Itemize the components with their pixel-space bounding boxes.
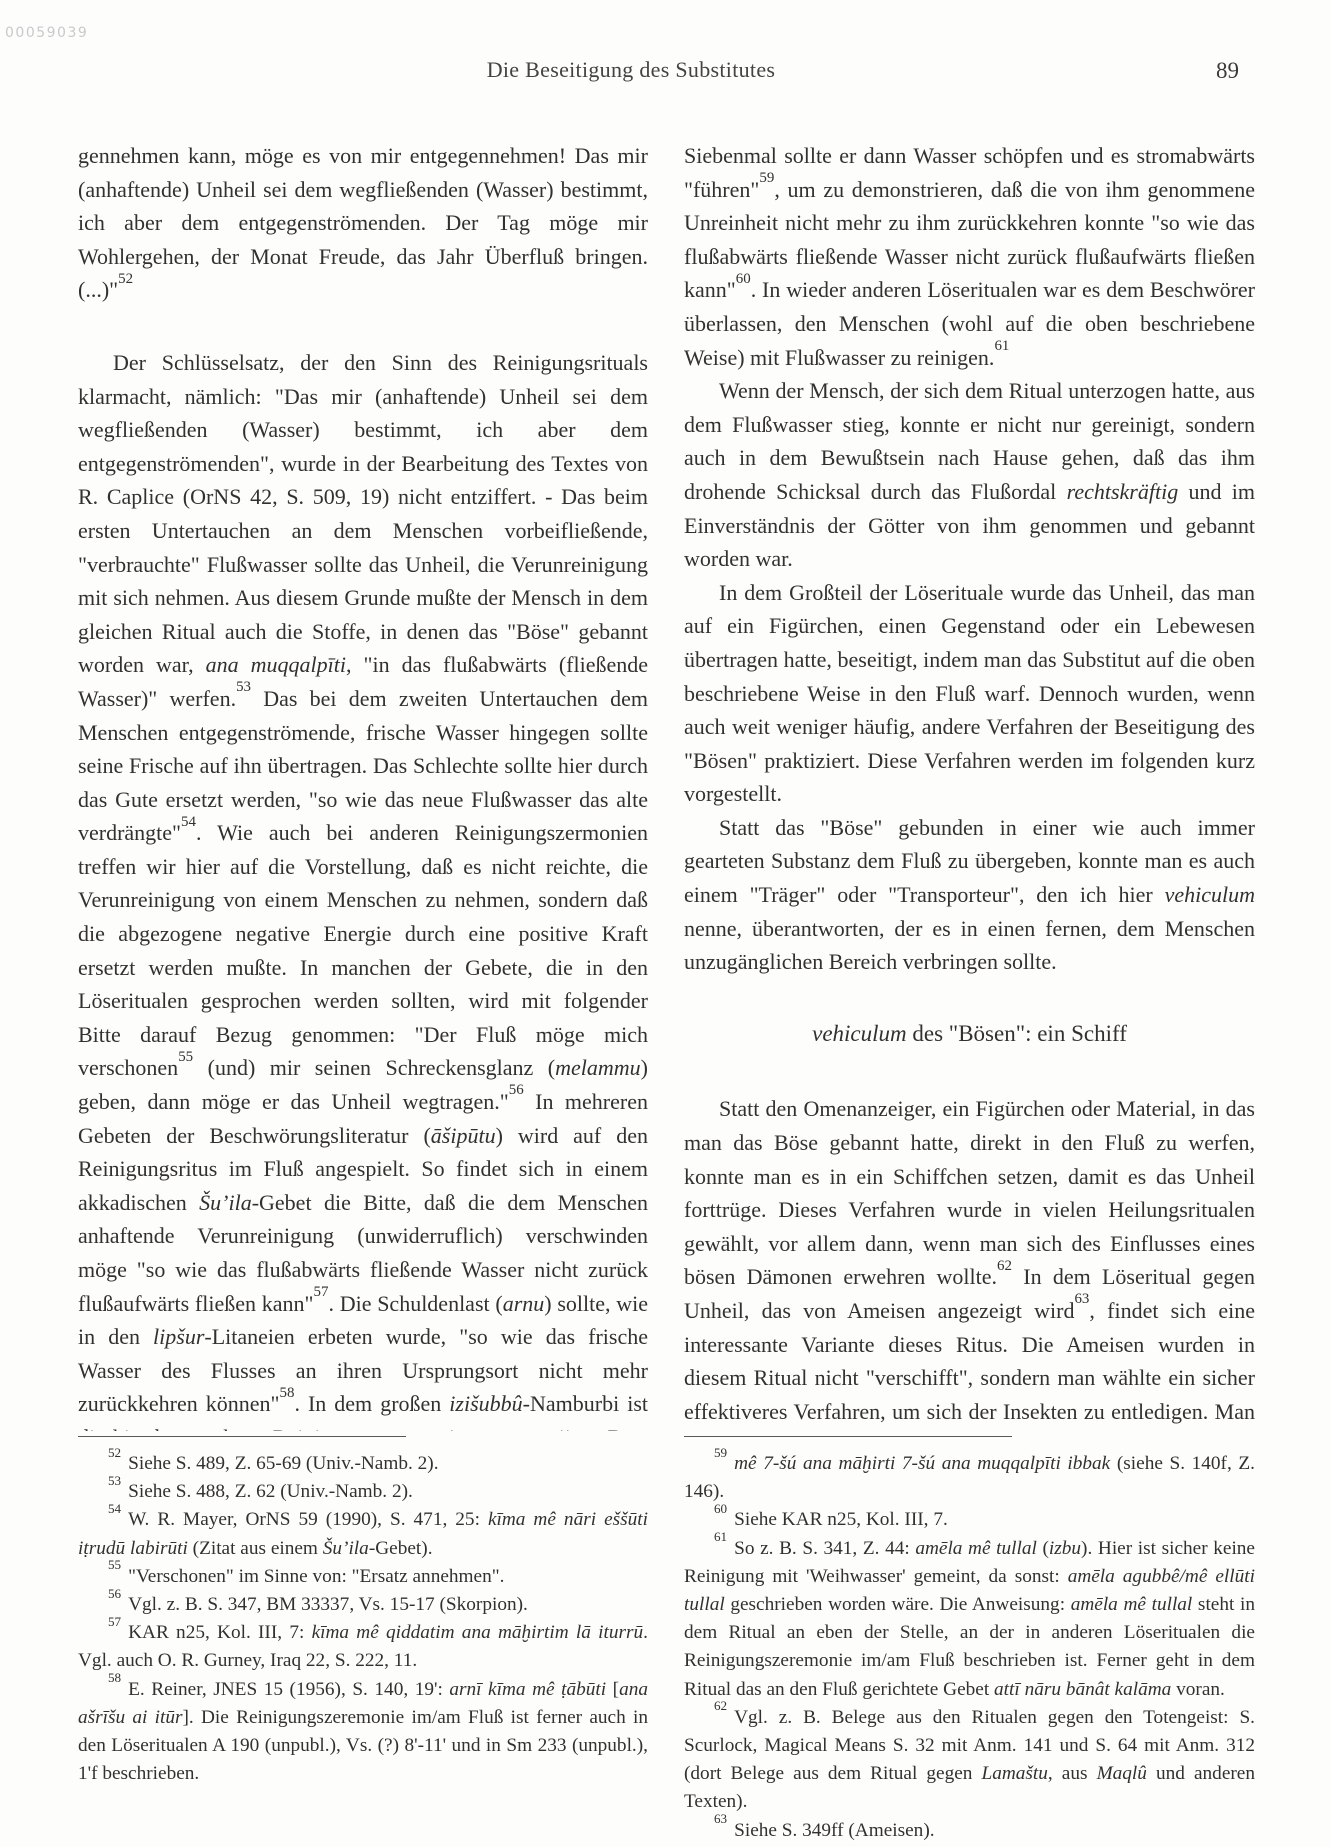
text-run: des "Bösen": ein Schiff xyxy=(907,1021,1127,1046)
footnote-53: 53Siehe S. 488, Z. 62 (Univ.-Namb. 2). xyxy=(78,1478,648,1506)
footnote-ref: 60 xyxy=(736,271,751,287)
italic-term: attī nāru bānât kalāma xyxy=(994,1679,1171,1700)
footnote-separator xyxy=(78,1436,406,1437)
page-title: Die Beseitigung des Substitutes xyxy=(0,57,1262,83)
footnote-number: 56 xyxy=(108,1586,121,1601)
text-run: (und) mir seinen Schreckensglanz ( xyxy=(193,1055,555,1080)
footnote-58: 58E. Reiner, JNES 15 (1956), S. 140, 19'… xyxy=(78,1676,648,1789)
text-run: -Gebet). xyxy=(369,1538,433,1559)
footnote-ref: 58 xyxy=(279,1385,294,1401)
italic-term: ana muqqalpīti xyxy=(206,652,346,677)
text-run: Siehe S. 349ff (Ameisen). xyxy=(734,1820,934,1841)
italic-term: Lamaštu xyxy=(981,1763,1047,1784)
footnote-54: 54W. R. Mayer, OrNS 59 (1990), S. 471, 2… xyxy=(78,1506,648,1562)
paragraph: Der Schlüsselsatz, der den Sinn des Rein… xyxy=(78,346,648,1431)
text-run: E. Reiner, JNES 15 (1956), S. 140, 19': xyxy=(128,1679,449,1700)
italic-term: Šu’ila xyxy=(199,1190,252,1215)
italic-term: amēla mê tullal xyxy=(915,1538,1037,1559)
footnote-61: 61So z. B. S. 341, Z. 44: amēla mê tulla… xyxy=(684,1535,1255,1704)
right-column: Siebenmal sollte er dann Wasser schöpfen… xyxy=(684,139,1255,1431)
text-run: geschrieben worden wäre. Die Anweisung: xyxy=(725,1594,1071,1615)
italic-term: izišubbû xyxy=(449,1391,522,1416)
footnote-number: 63 xyxy=(714,1811,727,1826)
text-run: . Die Schuldenlast ( xyxy=(328,1291,502,1316)
running-header: Die Beseitigung des Substitutes 89 xyxy=(0,57,1331,87)
footnote-ref: 52 xyxy=(118,271,133,287)
italic-term: Maqlû xyxy=(1097,1763,1147,1784)
paragraph: Statt den Omenanzeiger, ein Figürchen od… xyxy=(684,1092,1255,1431)
italic-term: amēla mê tullal xyxy=(1071,1594,1193,1615)
footnote-ref: 63 xyxy=(1074,1291,1089,1307)
text-run: Siehe S. 488, Z. 62 (Univ.-Namb. 2). xyxy=(128,1481,413,1502)
footnote-55: 55"Verschonen" im Sinne von: "Ersatz ann… xyxy=(78,1563,648,1591)
text-run: Der Schlüsselsatz, der den Sinn des Rein… xyxy=(78,350,648,677)
text-run: nenne, überantworten, der es in einen fe… xyxy=(684,916,1255,975)
text-run: Siehe KAR n25, Kol. III, 7. xyxy=(734,1509,948,1530)
text-run: . In wieder anderen Löseritualen war es … xyxy=(684,277,1255,369)
footnote-ref: 62 xyxy=(997,1258,1012,1274)
footnote-ref: 61 xyxy=(994,338,1009,354)
footnote-59: 59mê 7-šú ana māḫirti 7-šú ana muqqalpīt… xyxy=(684,1450,1255,1506)
footnote-number: 58 xyxy=(108,1670,121,1685)
text-run: ( xyxy=(1037,1538,1049,1559)
italic-term: vehiculum xyxy=(812,1021,907,1046)
text-run: [ xyxy=(606,1679,619,1700)
italic-term: Šu’ila xyxy=(323,1538,369,1559)
paragraph: In dem Großteil der Löserituale wurde da… xyxy=(684,576,1255,811)
text-run: Statt den Omenanzeiger, ein Figürchen od… xyxy=(684,1096,1255,1289)
text-run: , aus xyxy=(1048,1763,1097,1784)
text-run: "Verschonen" im Sinne von: "Ersatz anneh… xyxy=(128,1566,504,1587)
text-run: voran. xyxy=(1171,1679,1225,1700)
footnote-ref: 56 xyxy=(509,1082,524,1098)
paragraph: Wenn der Mensch, der sich dem Ritual unt… xyxy=(684,374,1255,576)
italic-term: kīma mê qiddatim ana māḫirtim lā iturrū xyxy=(312,1622,644,1643)
italic-term: arnu xyxy=(503,1291,545,1316)
paragraph: Statt das "Böse" gebunden in einer wie a… xyxy=(684,811,1255,979)
text-run: Siehe S. 489, Z. 65-69 (Univ.-Namb. 2). xyxy=(128,1453,438,1474)
footnote-52: 52Siehe S. 489, Z. 65-69 (Univ.-Namb. 2)… xyxy=(78,1450,648,1478)
italic-term: mê 7-šú ana māḫirti 7-šú ana muqqalpīti … xyxy=(734,1453,1110,1474)
text-run: So z. B. S. 341, Z. 44: xyxy=(734,1538,915,1559)
left-column: gennehmen kann, möge es von mir entgegen… xyxy=(78,139,648,1431)
footnote-number: 57 xyxy=(108,1614,121,1629)
italic-term: āšipūtu xyxy=(431,1123,496,1148)
text-run: (Zitat aus einem xyxy=(188,1538,323,1559)
footnote-56: 56Vgl. z. B. S. 347, BM 33337, Vs. 15-17… xyxy=(78,1591,648,1619)
scanned-book-page: 00059039 Die Beseitigung des Substitutes… xyxy=(0,0,1331,1847)
footnote-ref: 53 xyxy=(236,679,251,695)
footnote-number: 59 xyxy=(714,1445,727,1460)
italic-term: izbu xyxy=(1049,1538,1081,1559)
footnote-number: 61 xyxy=(714,1529,727,1544)
italic-term: melammu xyxy=(555,1055,641,1080)
italic-term: vehiculum xyxy=(1165,882,1255,907)
scan-id-watermark: 00059039 xyxy=(5,25,88,41)
text-run: . Wie auch bei anderen Reinigungszermoni… xyxy=(78,820,648,1080)
italic-term: rechtskräftig xyxy=(1067,479,1179,504)
footnote-ref: 59 xyxy=(759,170,774,186)
text-run: In dem Großteil der Löserituale wurde da… xyxy=(684,580,1255,807)
italic-term: lipšur xyxy=(153,1324,204,1349)
section-heading: vehiculum des "Bösen": ein Schiff xyxy=(684,1017,1255,1051)
footnote-ref: 55 xyxy=(178,1049,193,1065)
paragraph: Siebenmal sollte er dann Wasser schöpfen… xyxy=(684,139,1255,374)
text-run: gennehmen kann, möge es von mir entgegen… xyxy=(78,143,648,302)
footnote-number: 54 xyxy=(108,1501,121,1516)
footnote-number: 52 xyxy=(108,1445,121,1460)
text-run: . In dem großen xyxy=(294,1391,449,1416)
italic-term: arnī kīma mê ṭābūti xyxy=(449,1679,606,1700)
footnote-63: 63Siehe S. 349ff (Ameisen). xyxy=(684,1817,1255,1845)
footnote-list-left: 52Siehe S. 489, Z. 65-69 (Univ.-Namb. 2)… xyxy=(78,1450,648,1788)
footnote-number: 60 xyxy=(714,1501,727,1516)
footnote-57: 57KAR n25, Kol. III, 7: kīma mê qiddatim… xyxy=(78,1619,648,1675)
text-run: Vgl. z. B. S. 347, BM 33337, Vs. 15-17 (… xyxy=(128,1594,528,1615)
footnote-ref: 54 xyxy=(181,814,196,830)
footnote-ref: 57 xyxy=(314,1284,329,1300)
footnotes-left: 52Siehe S. 489, Z. 65-69 (Univ.-Namb. 2)… xyxy=(78,1436,648,1788)
footnote-62: 62Vgl. z. B. Belege aus den Ritualen geg… xyxy=(684,1704,1255,1817)
page-number: 89 xyxy=(1216,58,1239,84)
footnote-number: 62 xyxy=(714,1698,727,1713)
footnote-number: 55 xyxy=(108,1557,121,1572)
footnotes-right: 59mê 7-šú ana māḫirti 7-šú ana muqqalpīt… xyxy=(684,1436,1255,1845)
paragraph: gennehmen kann, möge es von mir entgegen… xyxy=(78,139,648,307)
text-run: W. R. Mayer, OrNS 59 (1990), S. 471, 25: xyxy=(128,1509,488,1530)
text-run: KAR n25, Kol. III, 7: xyxy=(128,1622,311,1643)
footnote-separator xyxy=(684,1436,1012,1437)
footnote-list-right: 59mê 7-šú ana māḫirti 7-šú ana muqqalpīt… xyxy=(684,1450,1255,1845)
footnote-60: 60Siehe KAR n25, Kol. III, 7. xyxy=(684,1506,1255,1534)
footnote-number: 53 xyxy=(108,1473,121,1488)
